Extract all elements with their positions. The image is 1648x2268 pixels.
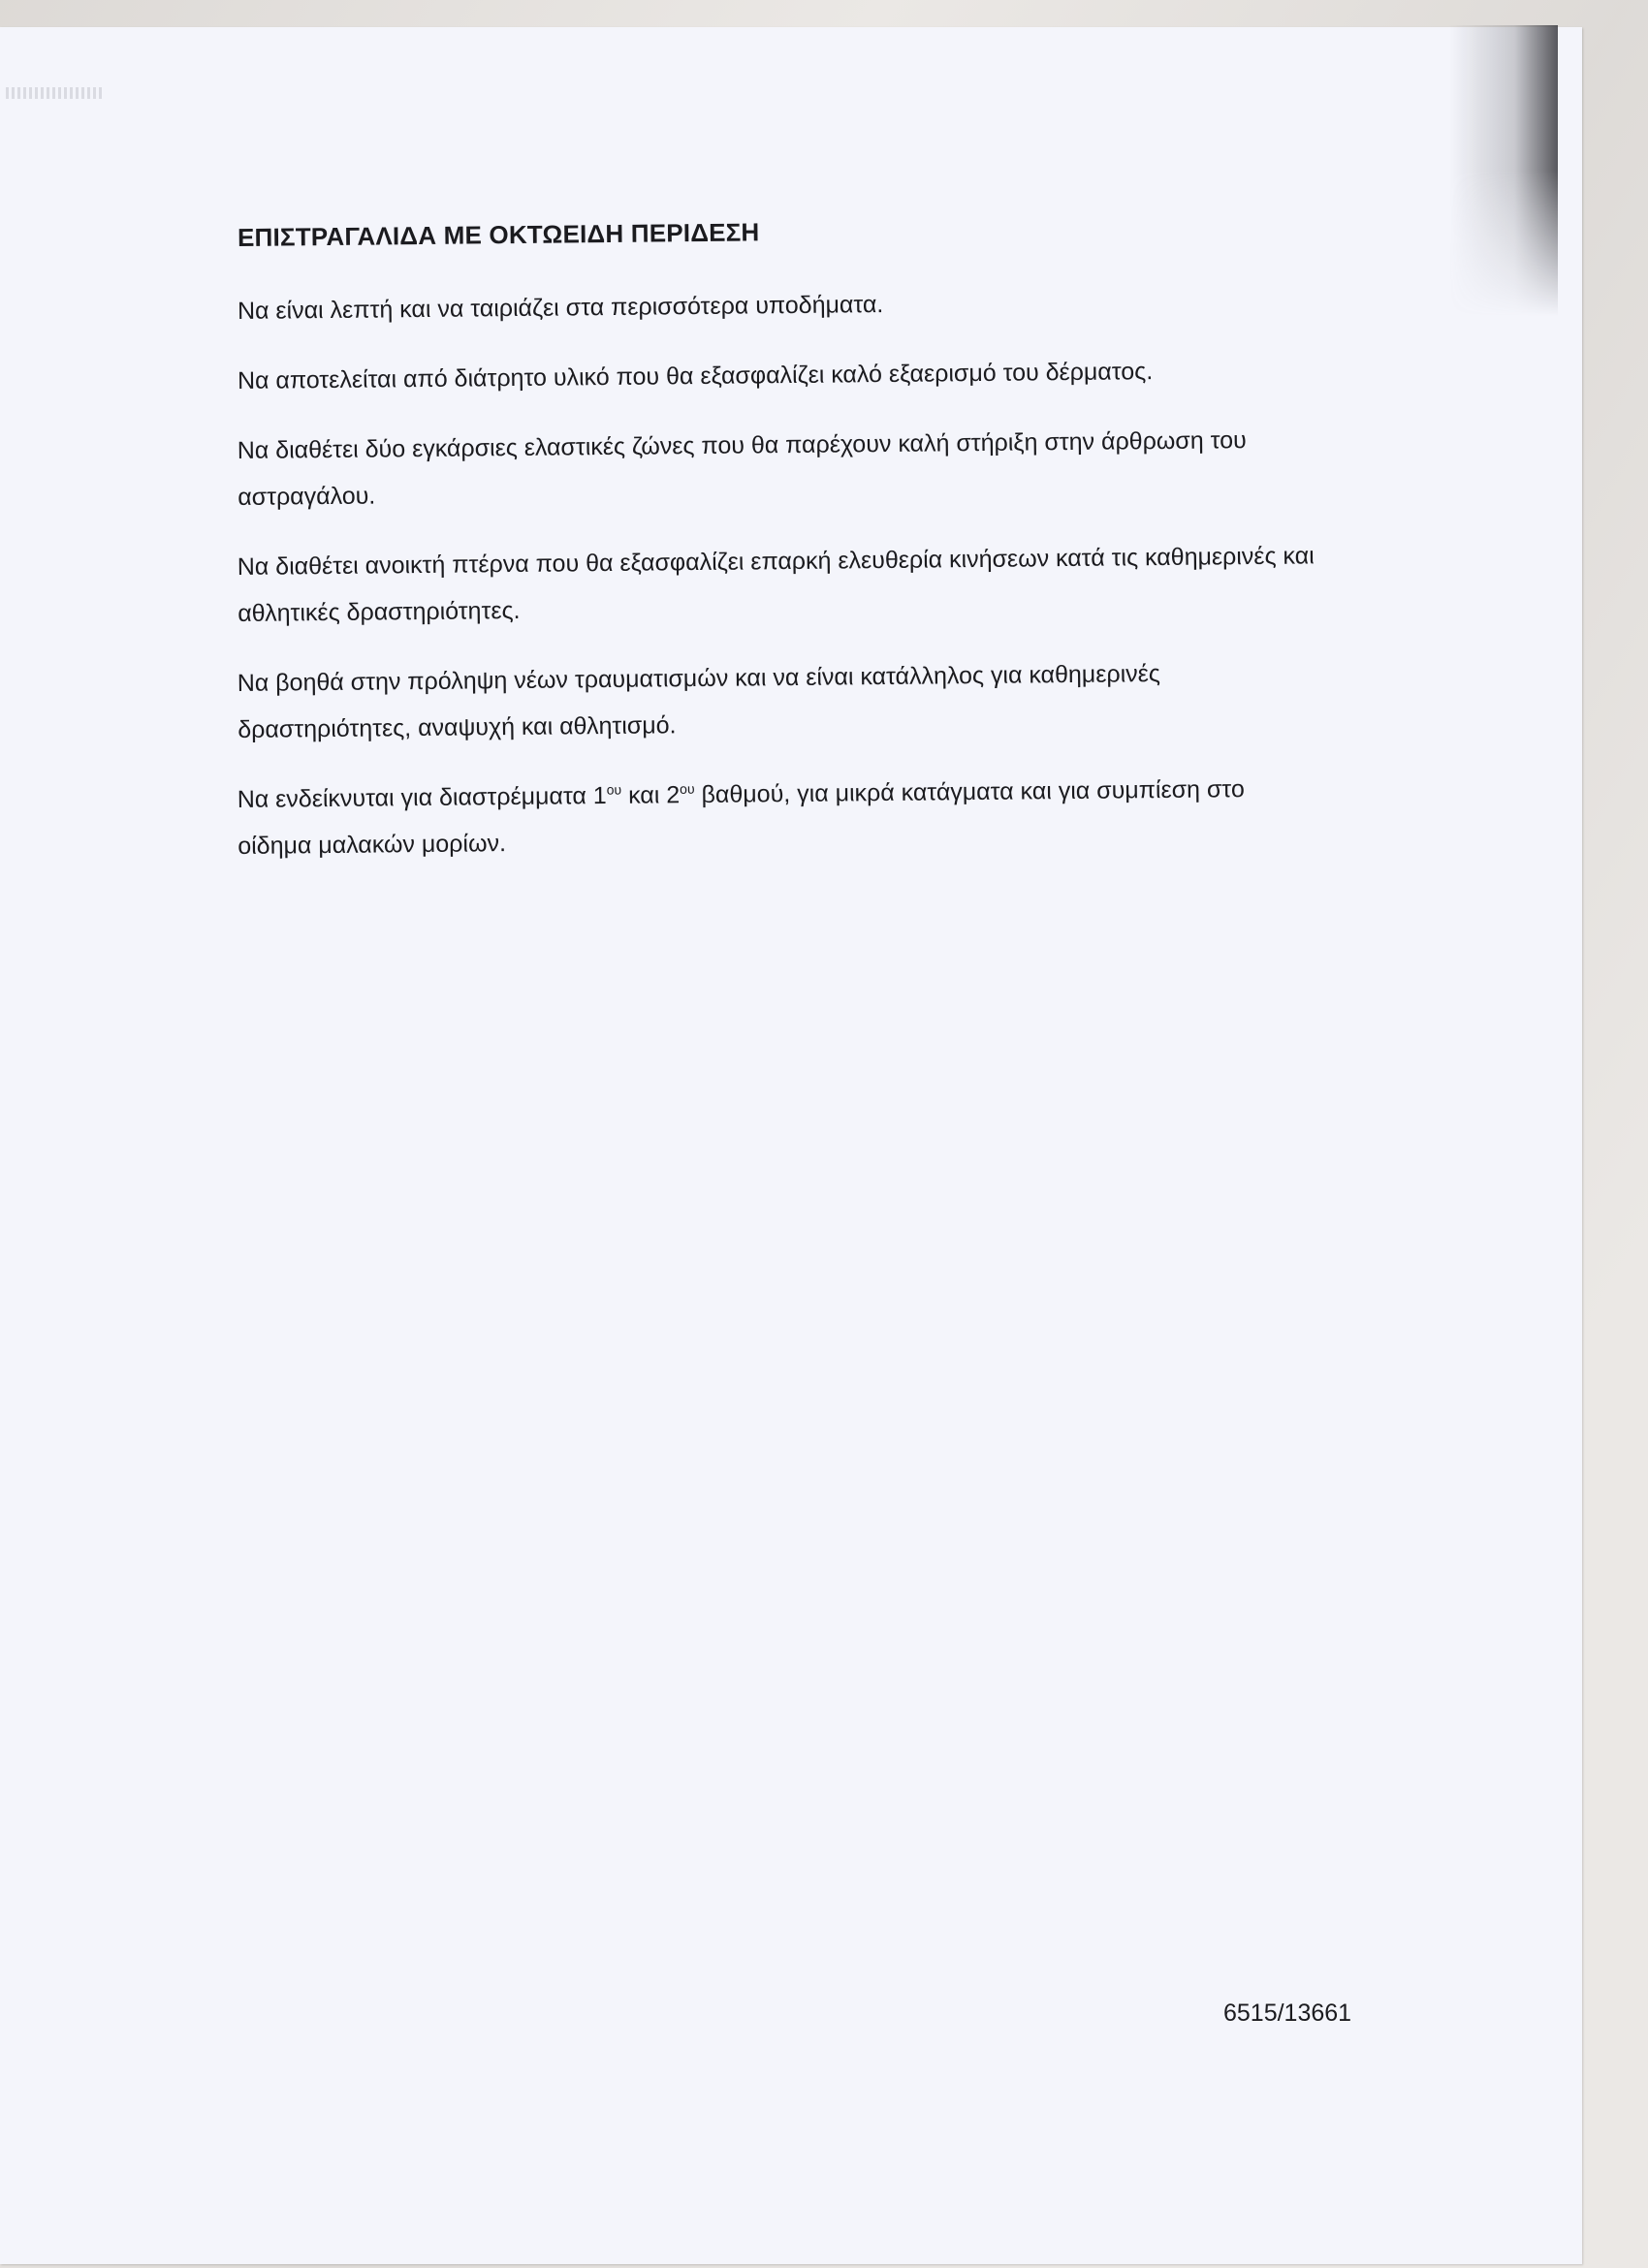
spec-paragraph: Να αποτελείται από διάτρητο υλικό που θα… <box>238 347 1217 404</box>
ordinal-superscript: ου <box>607 782 622 798</box>
indications-text: Να ενδείκνυται για διαστρέμματα 1 <box>238 782 607 813</box>
spec-paragraph-indications: Να ενδείκνυται για διαστρέμματα 1ου και … <box>237 765 1304 869</box>
document-body: ΕΠΙΣΤΡΑΓΑΛΙΔΑ ΜΕ ΟΚΤΩΕΙΔΗ ΠΕΡΙΔΕΣΗ Να εί… <box>238 223 1381 893</box>
toner-shadow <box>1449 25 1558 316</box>
spec-paragraph: Να βοηθά στην πρόληψη νέων τραυματισμών … <box>237 649 1236 753</box>
spec-paragraph: Να είναι λεπτή και να ταιριάζει στα περι… <box>238 276 1381 334</box>
ordinal-superscript: ου <box>680 781 695 797</box>
spec-paragraph: Να διαθέτει δύο εγκάρσιες ελαστικές ζώνε… <box>237 417 1265 520</box>
reference-number: 6515/13661 <box>1223 2000 1351 2028</box>
spec-paragraph: Να διαθέτει ανοικτή πτέρνα που θα εξασφα… <box>237 532 1362 637</box>
indications-text: και 2 <box>621 781 680 809</box>
scan-artifact <box>6 87 103 99</box>
